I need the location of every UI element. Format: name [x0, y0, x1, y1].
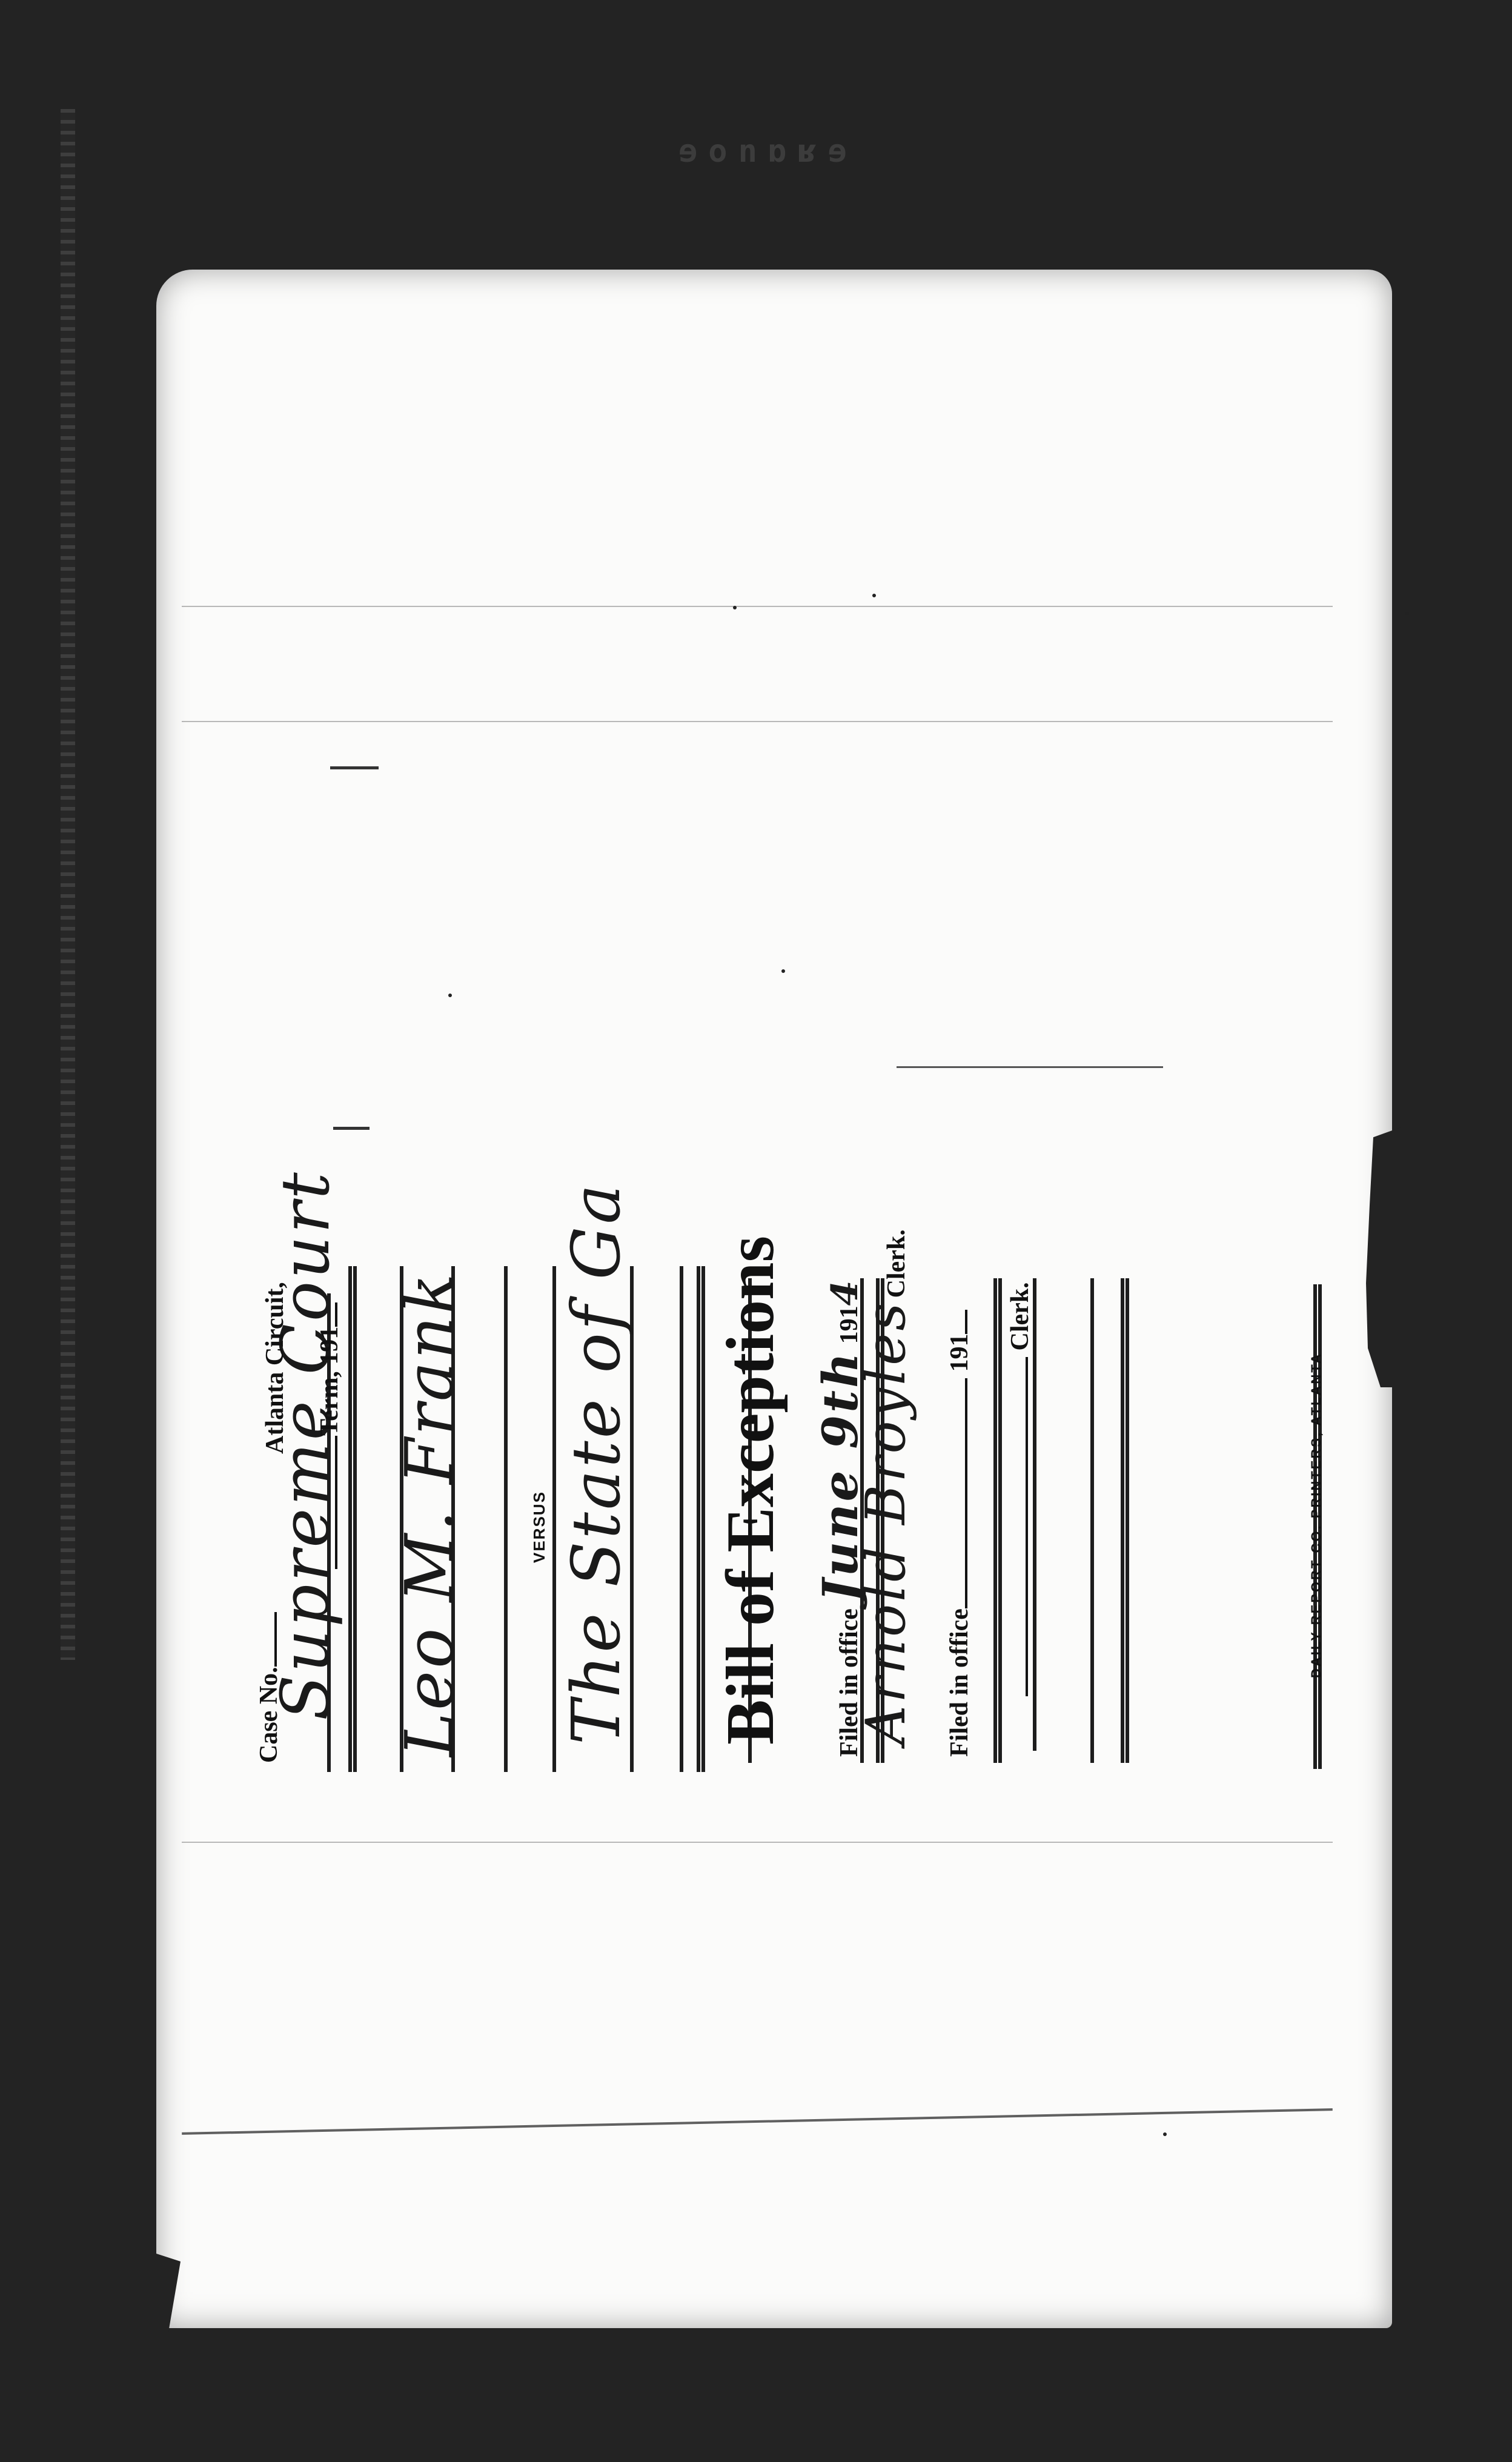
defendant-in-error-handwritten: The State of Ga: [557, 1182, 635, 1745]
term-row: Term, 191: [315, 1302, 344, 1569]
stray-mark: [330, 766, 379, 769]
filing-1-clerk-signature: Arnold Broyles: [854, 1300, 918, 1745]
term-label: Term, 191: [316, 1327, 343, 1436]
ink-speck: [781, 969, 785, 973]
filing-2-year-blank: [965, 1310, 967, 1334]
ink-speck: [1405, 612, 1409, 615]
binding-edge-strip: [61, 109, 75, 1660]
versus-label: VERSUS: [530, 1491, 549, 1563]
filing-1-clerk-row: Arnold Broyles Clerk.: [854, 1229, 918, 1745]
stray-mark: [897, 1066, 1163, 1068]
filing-1-clerk-label: Clerk.: [883, 1229, 910, 1298]
filing-2-label: Filed in office: [946, 1608, 973, 1757]
term-year-blank: [335, 1302, 337, 1327]
bleed-through-line: [182, 1842, 1333, 1843]
document-title: Bill of Exceptions: [712, 1236, 790, 1745]
filing-2-year: 191: [946, 1334, 973, 1372]
circuit-label: Atlanta Circuit,: [260, 1282, 290, 1454]
filing-2-row: Filed in office 191: [945, 1310, 974, 1757]
bleed-through-line: [182, 721, 1333, 722]
filing-2-date-blank: [965, 1378, 967, 1608]
ink-speck: [872, 594, 876, 597]
filing-2-clerk-row: Clerk.: [1006, 1282, 1035, 1696]
scan-header-label: ɘonɒʁɘ: [678, 133, 858, 170]
ink-speck: [733, 606, 737, 609]
filing-2-clerk-label: Clerk.: [1006, 1282, 1034, 1350]
docket-form: Case No. Supreme Court Atlanta Circuit, …: [230, 1236, 1321, 1769]
plaintiff-in-error-handwritten: Leo M. Frank: [391, 1271, 468, 1757]
bleed-through-line: [182, 606, 1333, 607]
term-blank: [335, 1436, 337, 1569]
stray-mark: [333, 1127, 370, 1130]
ink-speck: [448, 994, 452, 997]
printer-imprint: DAILY REPORT CO. PRINTERS, ATLANTA: [1308, 1352, 1324, 1678]
filing-2-clerk-blank: [1026, 1357, 1028, 1696]
ink-speck: [1163, 2132, 1167, 2136]
